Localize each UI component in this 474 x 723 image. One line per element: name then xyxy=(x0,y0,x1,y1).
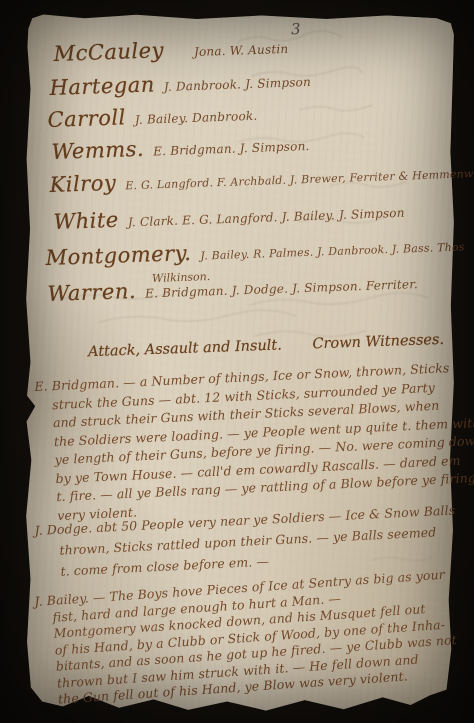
photo-background: 3 McCauley Jona. W. Austin Hartegan J. D… xyxy=(0,0,474,723)
paper-texture xyxy=(24,12,456,712)
manuscript-paper xyxy=(24,12,456,712)
